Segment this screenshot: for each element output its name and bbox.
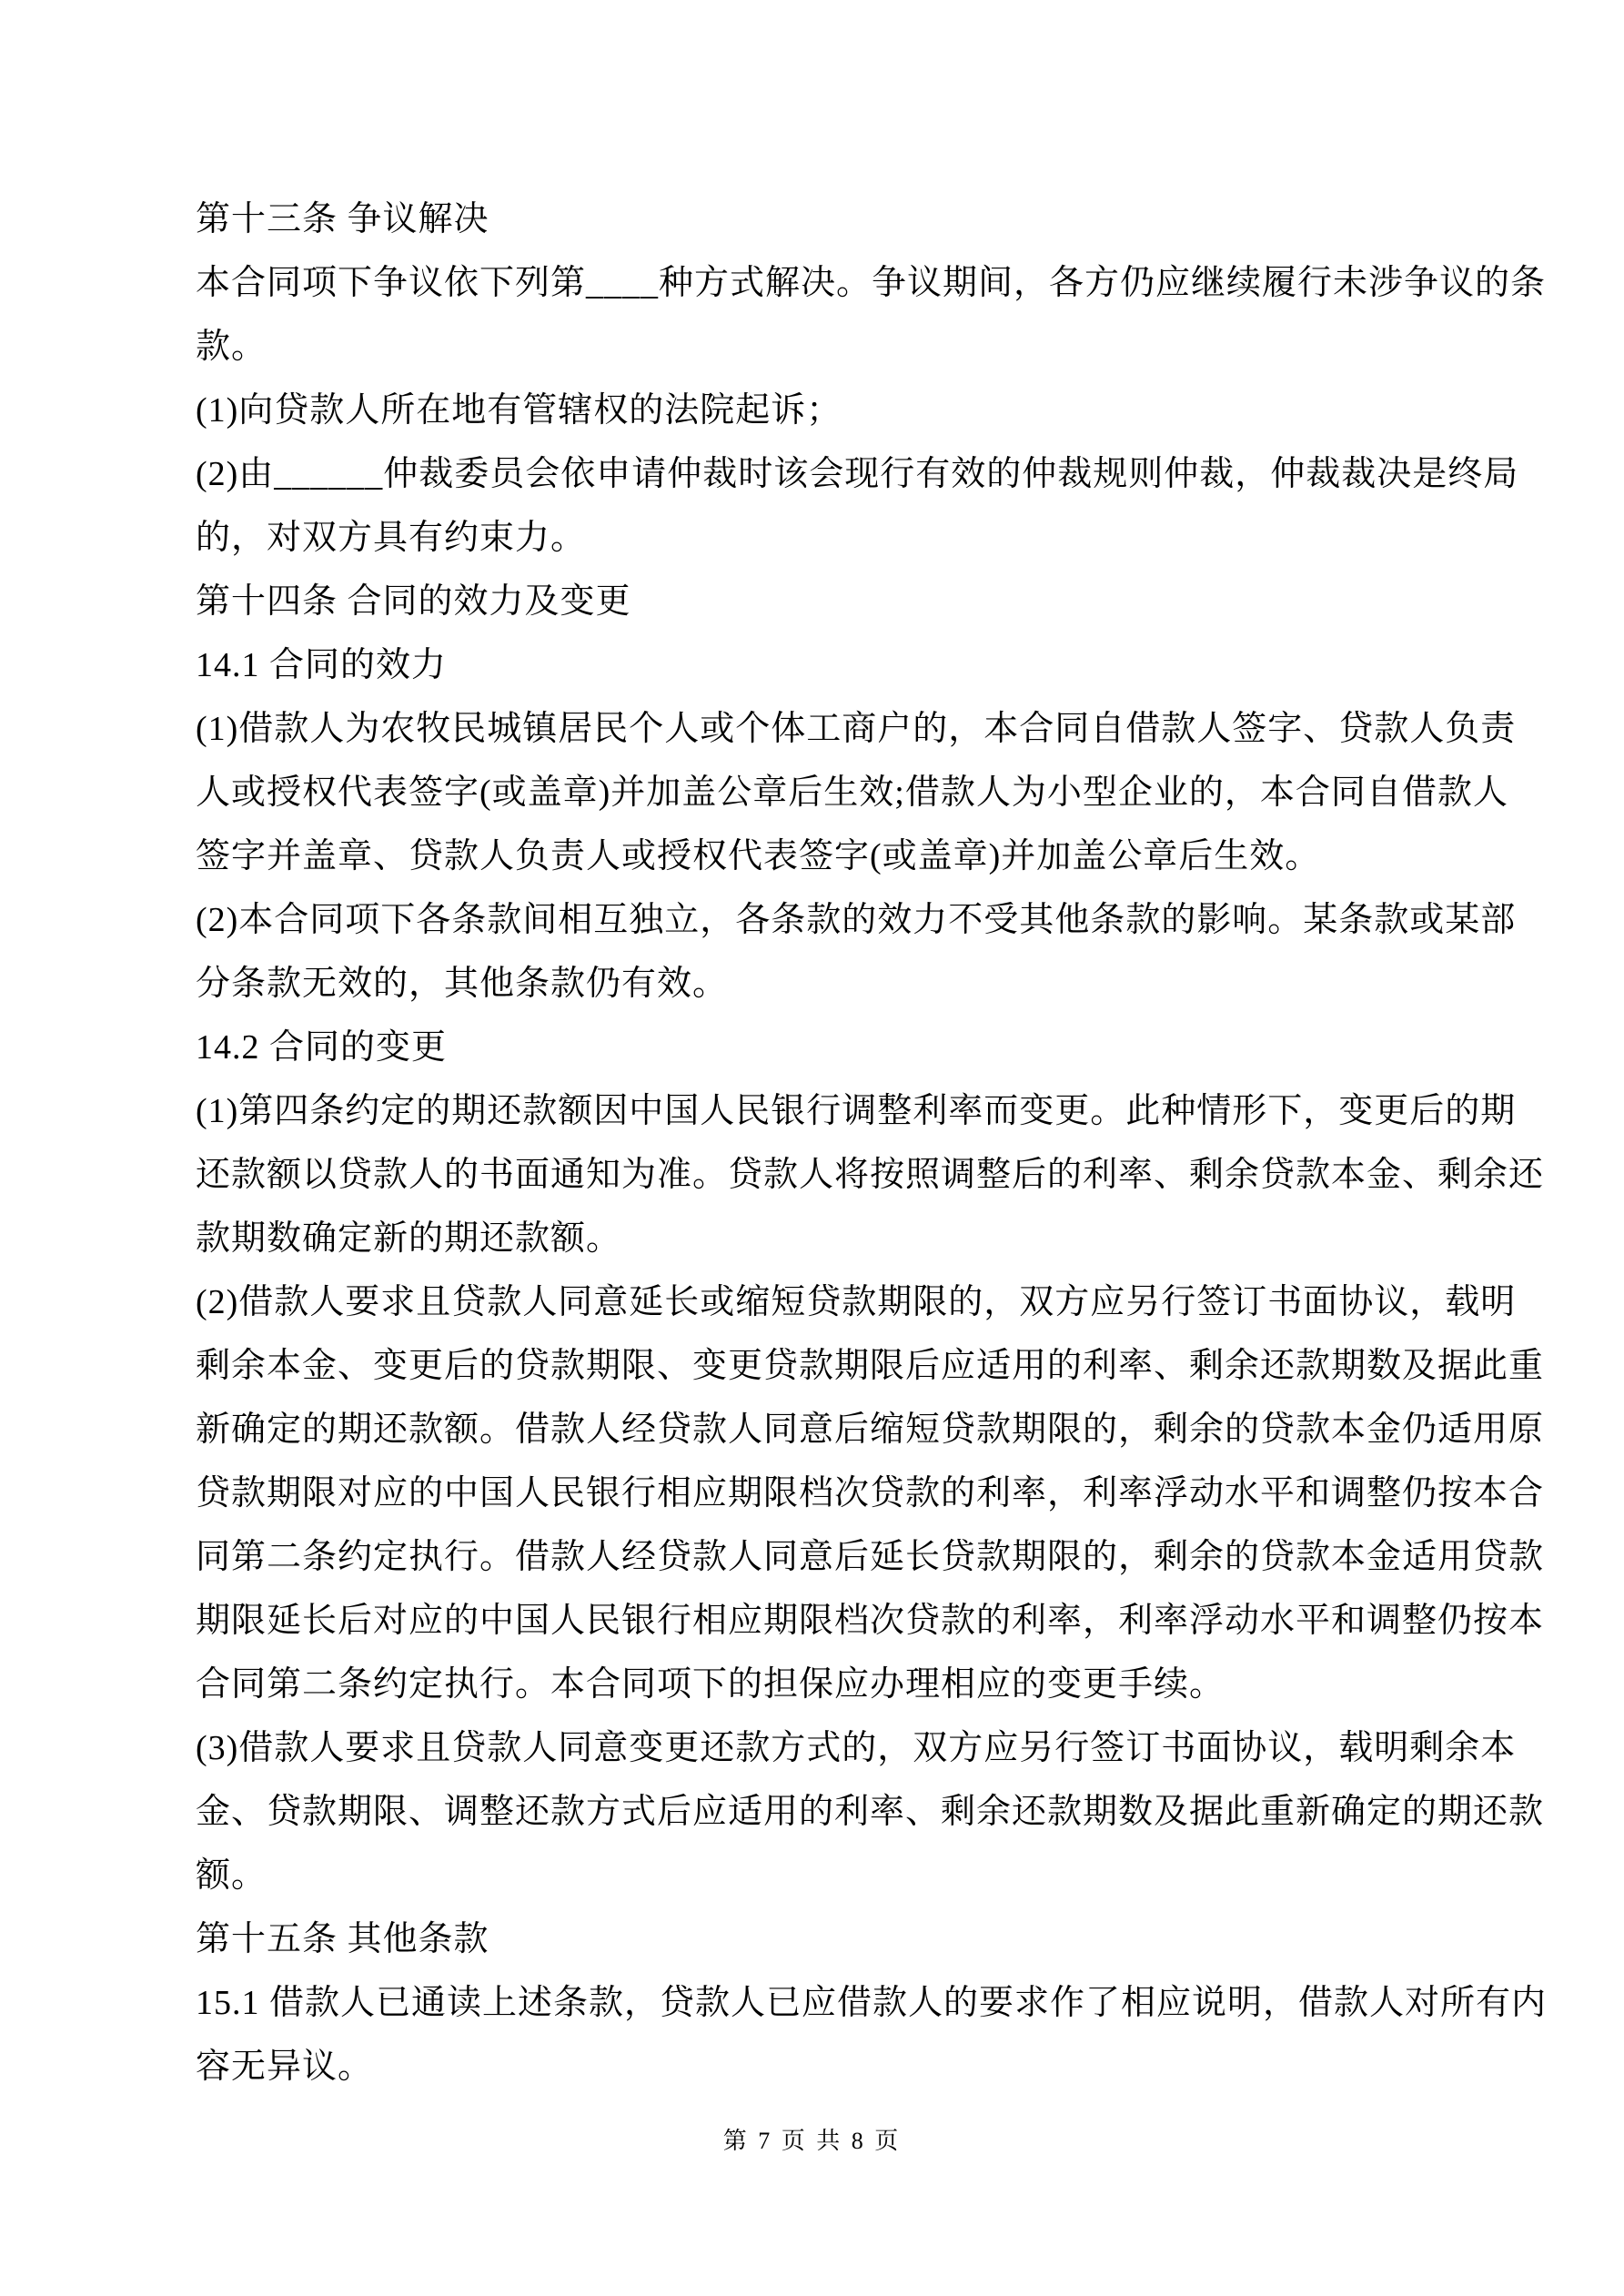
text-line: 14.2 合同的变更 [196, 1016, 1442, 1079]
text-line: 15.1 借款人已通读上述条款，贷款人已应借款人的要求作了相应说明，借款人对所有… [196, 1971, 1442, 2035]
text-line: 容无异议。 [196, 2035, 1442, 2099]
text-line: 本合同项下争议依下列第____种方式解决。争议期间，各方仍应继续履行未涉争议的条 [196, 251, 1442, 315]
text-line: 金、贷款期限、调整还款方式后应适用的利率、剩余还款期数及据此重新确定的期还款 [196, 1780, 1442, 1844]
text-line: 的，对双方具有约束力。 [196, 506, 1442, 570]
text-line: (1)向贷款人所在地有管辖权的法院起诉； [196, 379, 1442, 442]
text-line: 额。 [196, 1844, 1442, 1907]
text-line: 款。 [196, 315, 1442, 379]
page-number: 第 7 页 共 8 页 [0, 2122, 1624, 2156]
text-line: 新确定的期还款额。借款人经贷款人同意后缩短贷款期限的，剩余的贷款本金仍适用原 [196, 1398, 1442, 1462]
contract-page: 第十三条 争议解决本合同项下争议依下列第____种方式解决。争议期间，各方仍应继… [0, 0, 1624, 2296]
text-line: 同第二条约定执行。借款人经贷款人同意后延长贷款期限的，剩余的贷款本金适用贷款 [196, 1525, 1442, 1589]
text-line: 期限延长后对应的中国人民银行相应期限档次贷款的利率，利率浮动水平和调整仍按本 [196, 1589, 1442, 1653]
text-line: 第十五条 其他条款 [196, 1907, 1442, 1971]
text-line: 签字并盖章、贷款人负责人或授权代表签字(或盖章)并加盖公章后生效。 [196, 824, 1442, 888]
text-line: 款期数确定新的期还款额。 [196, 1207, 1442, 1270]
text-line: 人或授权代表签字(或盖章)并加盖公章后生效;借款人为小型企业的，本合同自借款人 [196, 761, 1442, 824]
text-line: 贷款期限对应的中国人民银行相应期限档次贷款的利率，利率浮动水平和调整仍按本合 [196, 1462, 1442, 1525]
text-line: (2)借款人要求且贷款人同意延长或缩短贷款期限的，双方应另行签订书面协议，载明 [196, 1270, 1442, 1334]
document-body: 第十三条 争议解决本合同项下争议依下列第____种方式解决。争议期间，各方仍应继… [196, 187, 1442, 2099]
text-line: 分条款无效的，其他条款仍有效。 [196, 952, 1442, 1016]
text-line: (2)本合同项下各条款间相互独立，各条款的效力不受其他条款的影响。某条款或某部 [196, 888, 1442, 952]
text-line: (3)借款人要求且贷款人同意变更还款方式的，双方应另行签订书面协议，载明剩余本 [196, 1716, 1442, 1780]
text-line: 还款额以贷款人的书面通知为准。贷款人将按照调整后的利率、剩余贷款本金、剩余还 [196, 1143, 1442, 1207]
text-line: 14.1 合同的效力 [196, 633, 1442, 697]
text-line: (1)借款人为农牧民城镇居民个人或个体工商户的，本合同自借款人签字、贷款人负责 [196, 697, 1442, 761]
text-line: 合同第二条约定执行。本合同项下的担保应办理相应的变更手续。 [196, 1653, 1442, 1716]
text-line: (1)第四条约定的期还款额因中国人民银行调整利率而变更。此种情形下，变更后的期 [196, 1079, 1442, 1143]
text-line: 第十四条 合同的效力及变更 [196, 570, 1442, 633]
text-line: (2)由______仲裁委员会依申请仲裁时该会现行有效的仲裁规则仲裁，仲裁裁决是… [196, 442, 1442, 506]
text-line: 剩余本金、变更后的贷款期限、变更贷款期限后应适用的利率、剩余还款期数及据此重 [196, 1334, 1442, 1398]
text-line: 第十三条 争议解决 [196, 187, 1442, 251]
